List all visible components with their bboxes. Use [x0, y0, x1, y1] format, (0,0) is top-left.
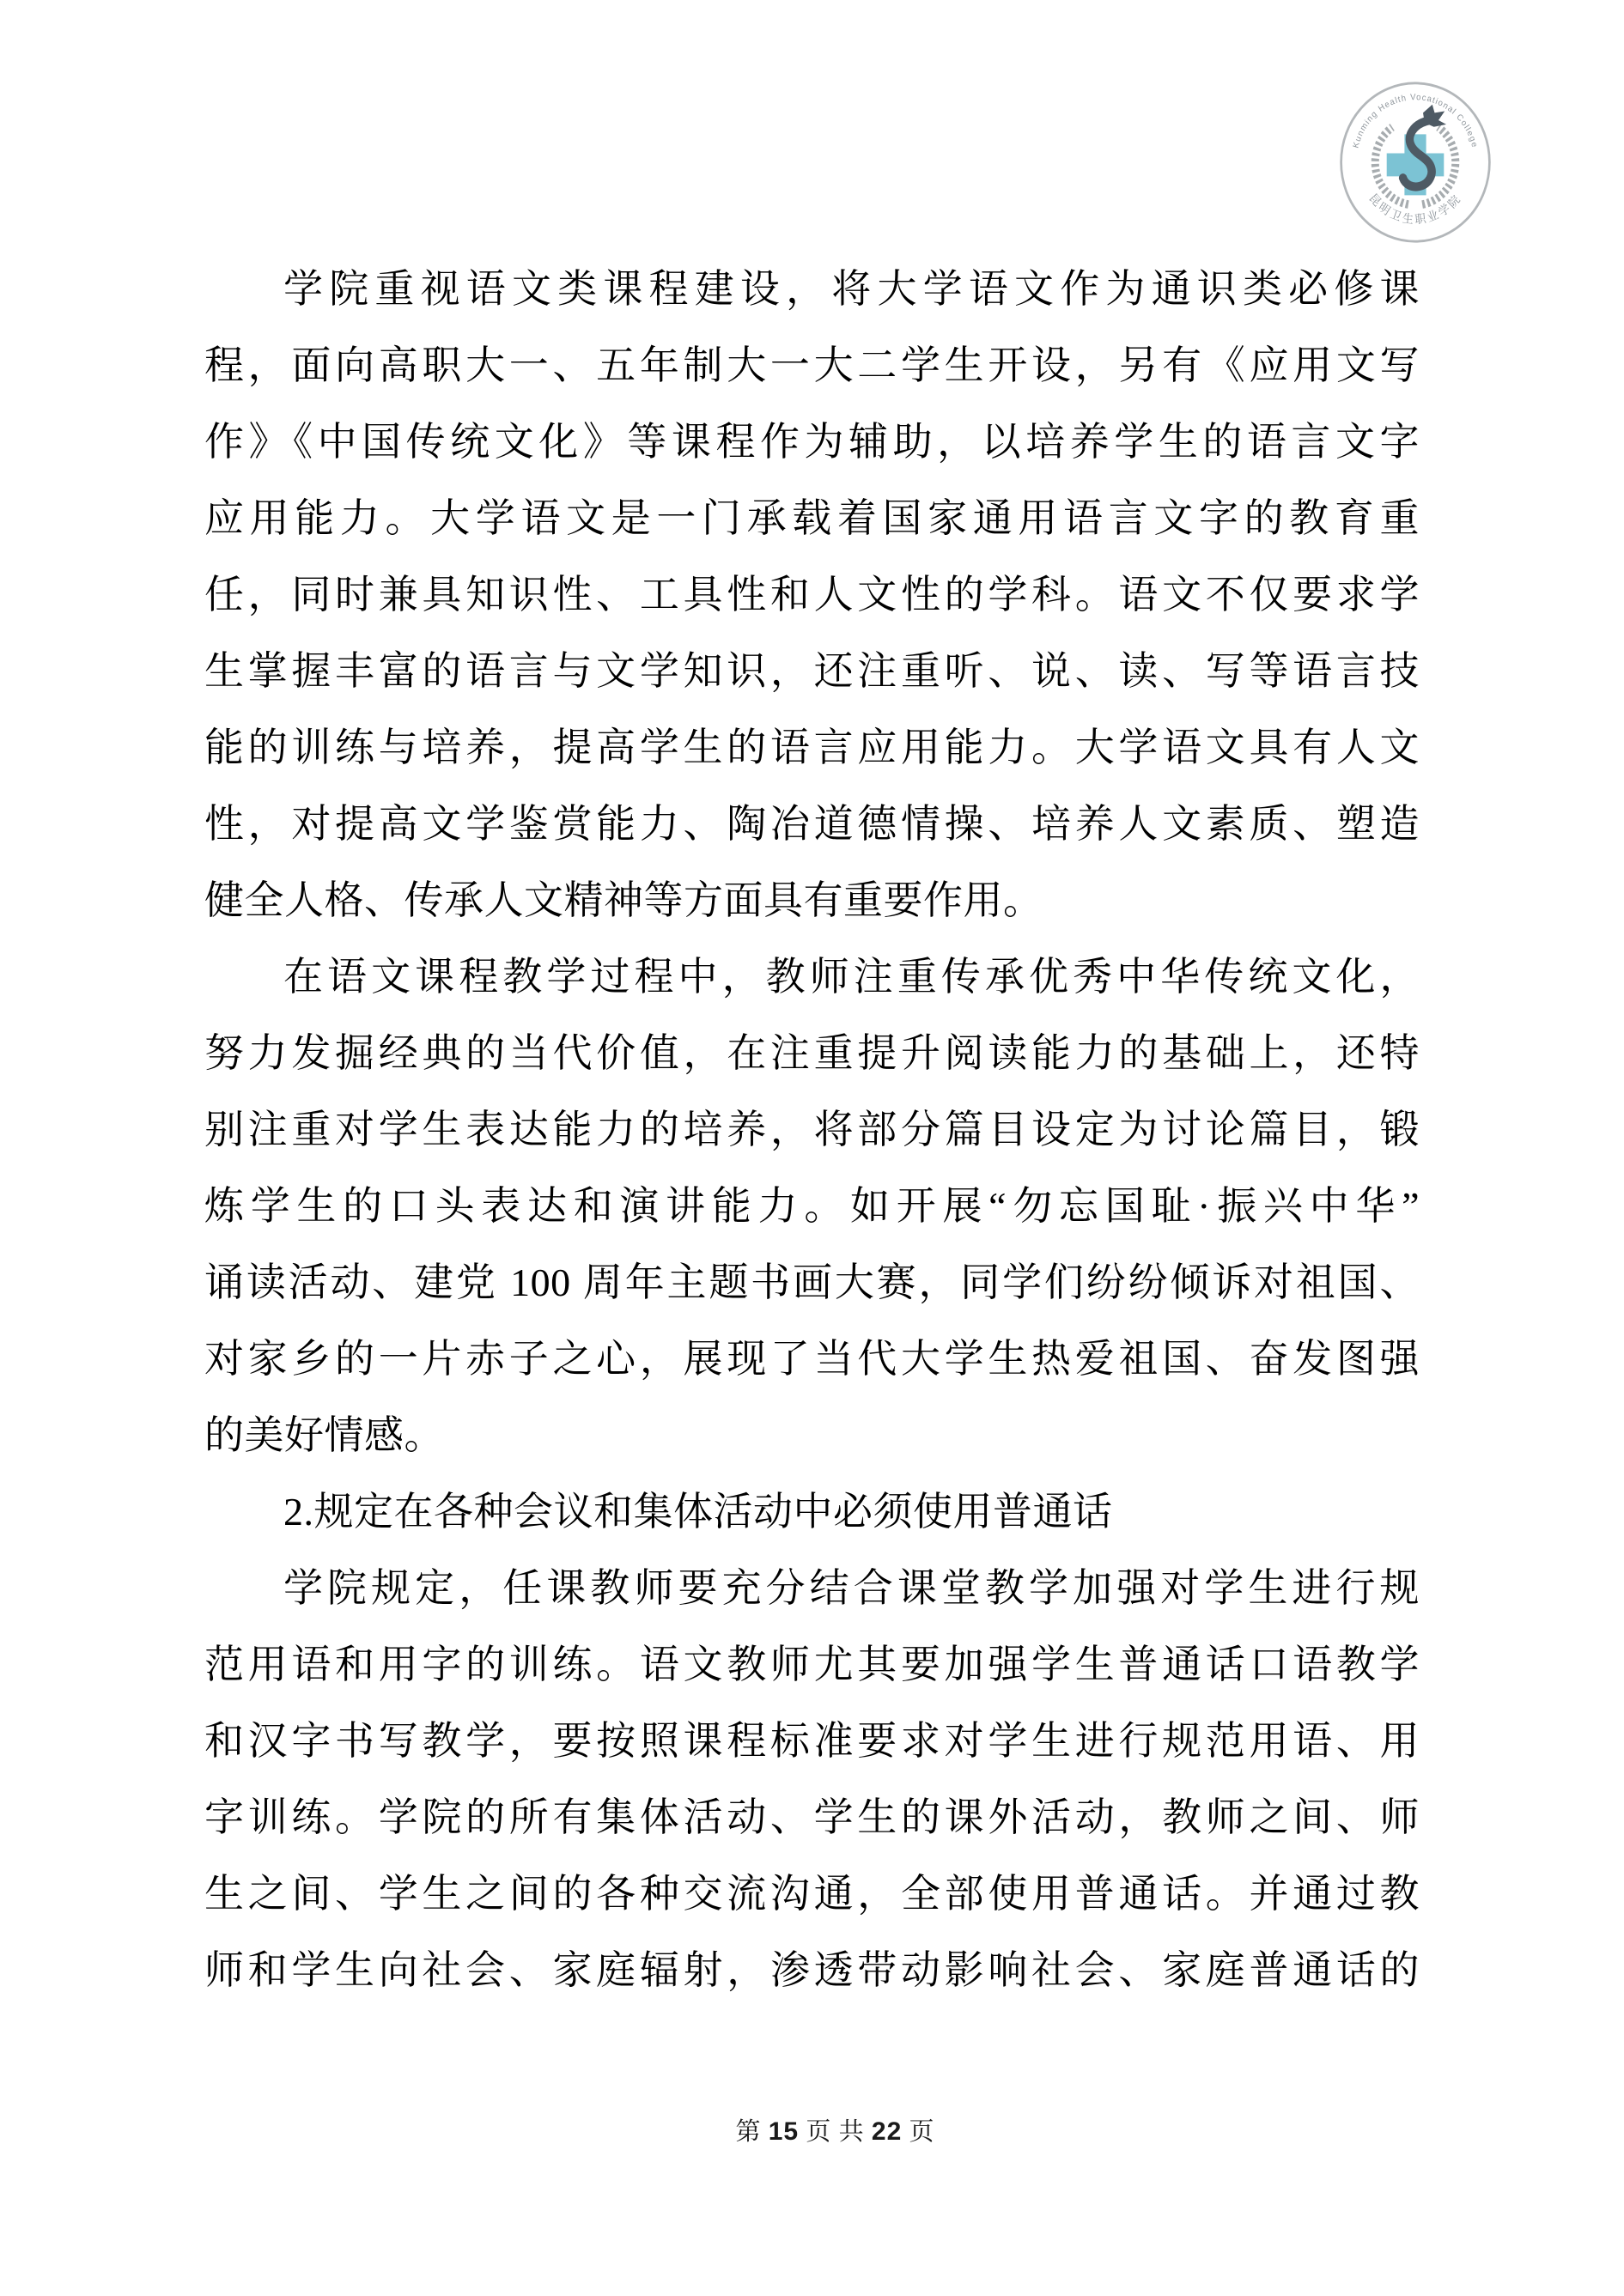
college-logo: Kunming Health Vocational College 昆明卫生职业…	[1338, 80, 1493, 245]
text-line: 和汉字书写教学，要按照课程标准要求对学生进行规范用语、用	[204, 1703, 1420, 1779]
page-footer: 第 15 页 共 22 页	[0, 2112, 1624, 2150]
text-line: 应用能力。大学语文是一门承载着国家通用语言文字的教育重	[204, 480, 1420, 556]
text-line: 任，同时兼具知识性、工具性和人文性的学科。语文不仅要求学	[204, 556, 1420, 633]
text-line: 程，面向高职大一、五年制大一大二学生开设，另有《应用文写	[204, 327, 1420, 404]
text-line: 学院规定，任课教师要充分结合课堂教学加强对学生进行规	[204, 1550, 1420, 1626]
text-line: 作》《中国传统文化》等课程作为辅助，以培养学生的语言文字	[204, 404, 1420, 480]
text-line: 健全人格、传承人文精神等方面具有重要作用。	[204, 862, 1420, 938]
text-line: 字训练。学院的所有集体活动、学生的课外活动，教师之间、师	[204, 1779, 1420, 1856]
text-line: 生掌握丰富的语言与文学知识，还注重听、说、读、写等语言技	[204, 633, 1420, 709]
text-line: 2.规定在各种会议和集体活动中必须使用普通话	[204, 1473, 1420, 1550]
footer-label-ye: 页	[806, 2118, 831, 2146]
document-page: Kunming Health Vocational College 昆明卫生职业…	[0, 0, 1624, 2296]
text-line: 炼学生的口头表达和演讲能力。如开展“勿忘国耻·振兴中华”	[204, 1168, 1420, 1244]
text-line: 学院重视语文类课程建设，将大学语文作为通识类必修课	[204, 251, 1420, 327]
text-line: 的美好情感。	[204, 1397, 1420, 1473]
college-seal-icon: Kunming Health Vocational College 昆明卫生职业…	[1338, 80, 1493, 245]
text-line: 诵读活动、建党 100 周年主题书画大赛，同学们纷纷倾诉对祖国、	[204, 1244, 1420, 1321]
footer-page-number: 15	[769, 2117, 799, 2146]
footer-label-gong: 共	[839, 2118, 865, 2146]
text-line: 对家乡的一片赤子之心，展现了当代大学生热爱祖国、奋发图强	[204, 1321, 1420, 1397]
text-line: 在语文课程教学过程中，教师注重传承优秀中华传统文化，	[204, 938, 1420, 1015]
text-line: 努力发掘经典的当代价值，在注重提升阅读能力的基础上，还特	[204, 1015, 1420, 1091]
document-body: 学院重视语文类课程建设，将大学语文作为通识类必修课程，面向高职大一、五年制大一大…	[204, 251, 1420, 2008]
text-line: 能的训练与培养，提高学生的语言应用能力。大学语文具有人文	[204, 709, 1420, 786]
text-line: 师和学生向社会、家庭辐射，渗透带动影响社会、家庭普通话的	[204, 1932, 1420, 2008]
footer-label-di: 第	[735, 2118, 761, 2146]
text-line: 范用语和用字的训练。语文教师尤其要加强学生普通话口语教学	[204, 1626, 1420, 1703]
text-line: 别注重对学生表达能力的培养，将部分篇目设定为讨论篇目，锻	[204, 1091, 1420, 1168]
footer-total-pages: 22	[872, 2117, 902, 2146]
footer-label-ye2: 页	[909, 2118, 935, 2146]
text-line: 生之间、学生之间的各种交流沟通，全部使用普通话。并通过教	[204, 1856, 1420, 1932]
text-line: 性，对提高文学鉴赏能力、陶冶道德情操、培养人文素质、塑造	[204, 786, 1420, 862]
